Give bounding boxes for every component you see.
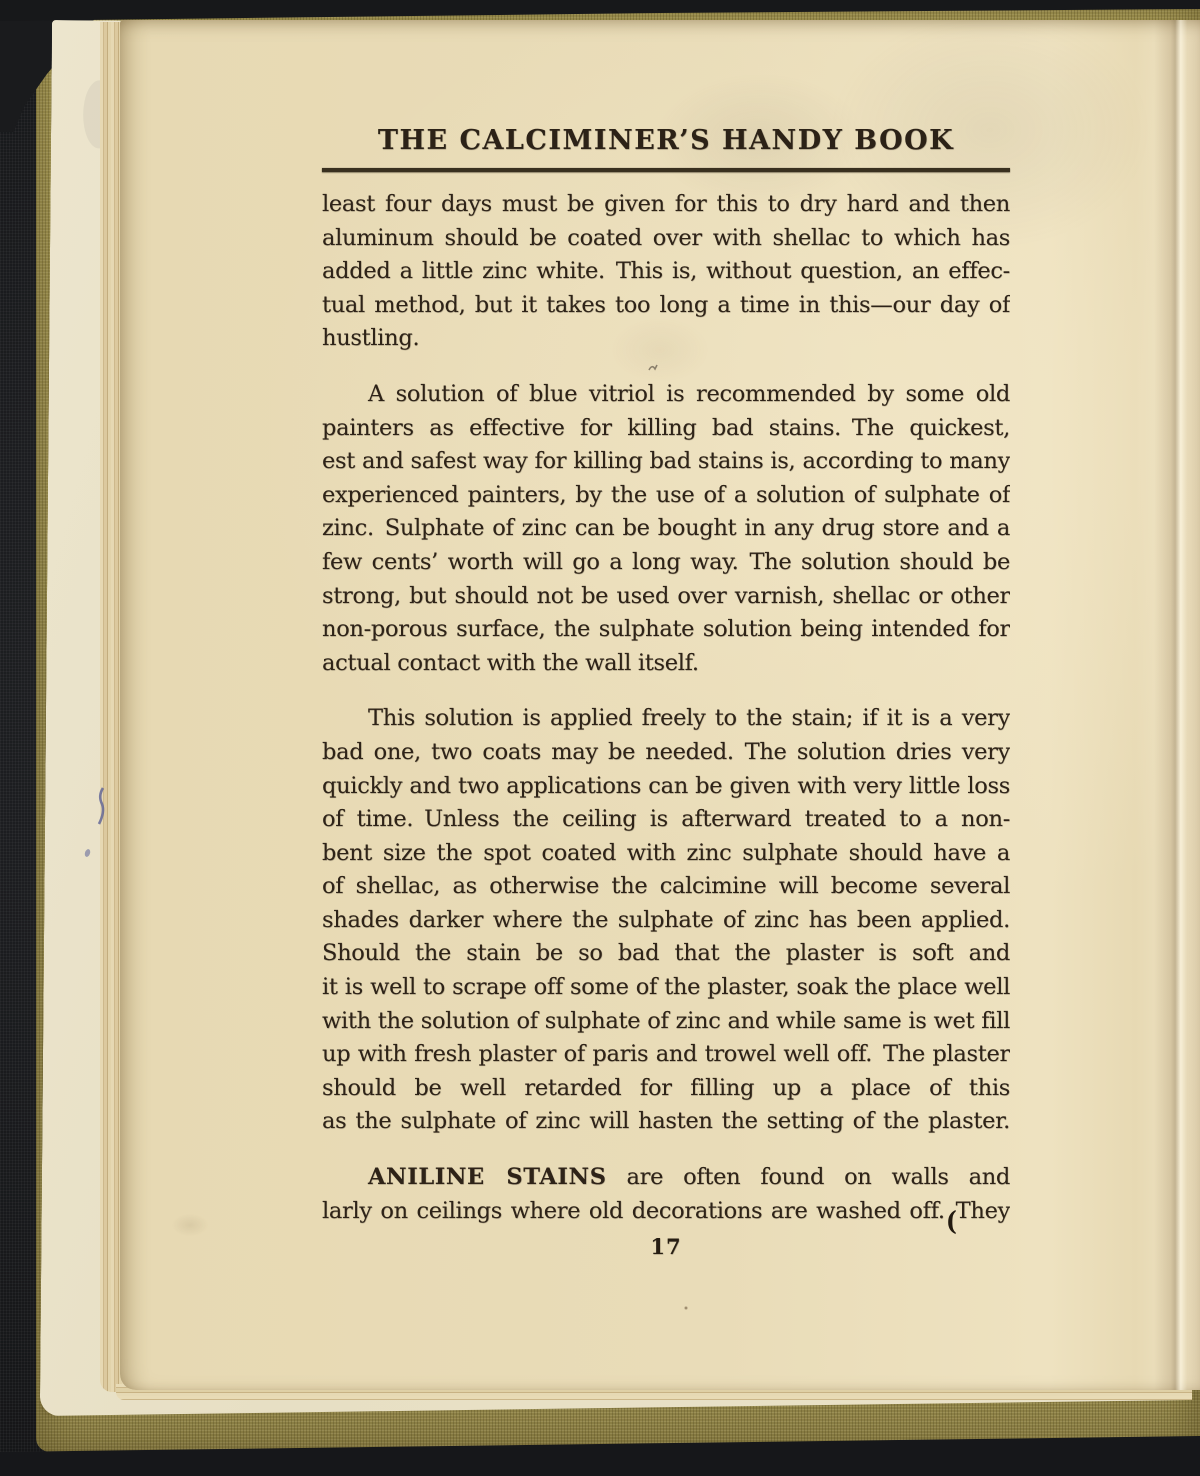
paragraph: ANILINE STAINS are often found on walls … [322,1161,1010,1228]
book-page: THE CALCIMINER’S HANDY BOOK least four d… [120,20,1200,1390]
aniline-stains-lead: ANILINE STAINS [368,1164,607,1190]
print-speck-icon [648,362,662,376]
text-line: actual contact with the wall itself. [322,647,1010,681]
text-line: tual method, but it takes too long a tim… [322,289,1010,323]
text-line: should be well retarded for filling up a… [322,1072,1010,1106]
text-line: strong, but should not be used over varn… [322,580,1010,614]
paragraph: A solution of blue vitriol is recommende… [322,378,1010,680]
page-number: 17 [322,1230,1010,1264]
header-rule [322,168,1010,172]
body-text: least four days must be given for this t… [322,188,1010,1264]
paragraph: This solution is applied freely to the s… [322,702,1010,1139]
text-line: few cents’ worth will go a long way. The… [322,546,1010,580]
text-line: hustling. [322,322,1010,356]
text-line: Should the stain be so bad that the plas… [322,937,1010,971]
text-line: painters as effective for killing bad st… [322,412,1010,446]
text-line: A solution of blue vitriol is recommende… [322,378,1010,412]
text-line: bad one, two coats may be needed. The so… [322,736,1010,770]
text-line: This solution is applied freely to the s… [322,702,1010,736]
text-line: zinc. Sulphate of zinc can be bought in … [322,512,1010,546]
text-line: of time. Unless the ceiling is afterward… [322,803,1010,837]
text-line: of shellac, as otherwise the calcimine w… [322,870,1010,904]
text-line: non-porous surface, the sulphate solutio… [322,613,1010,647]
text-line: est and safest way for killing bad stain… [322,445,1010,479]
text-line: quickly and two applications can be give… [322,770,1010,804]
text-line: larly on ceilings where old decorations … [322,1195,1010,1229]
gutter-fold-shadow [1154,20,1200,1390]
text-line: aluminum should be coated over with shel… [322,222,1010,256]
book-photo: THE CALCIMINER’S HANDY BOOK least four d… [0,0,1200,1476]
page-content: THE CALCIMINER’S HANDY BOOK least four d… [322,124,1010,1264]
text-line: shades darker where the sulphate of zinc… [322,904,1010,938]
text-line: added a little zinc white. This is, with… [322,255,1010,289]
text-line: as the sulphate of zinc will hasten the … [322,1105,1010,1139]
stray-ink-mark: ( [946,1206,957,1236]
page-header-title: THE CALCIMINER’S HANDY BOOK [322,124,1010,158]
text-line: ANILINE STAINS are often found on walls … [322,1161,1010,1195]
text-line: experienced painters, by the use of a so… [322,479,1010,513]
text-line: with the solution of sulphate of zinc an… [322,1005,1010,1039]
text-line: least four days must be given for this t… [322,188,1010,222]
paragraph: least four days must be given for this t… [322,188,1010,356]
text-line: bent size the spot coated with zinc sulp… [322,837,1010,871]
blue-ink-mark-icon [94,786,108,826]
text-line: it is well to scrape off some of the pla… [322,971,1010,1005]
text-line: up with fresh plaster of paris and trowe… [322,1038,1010,1072]
